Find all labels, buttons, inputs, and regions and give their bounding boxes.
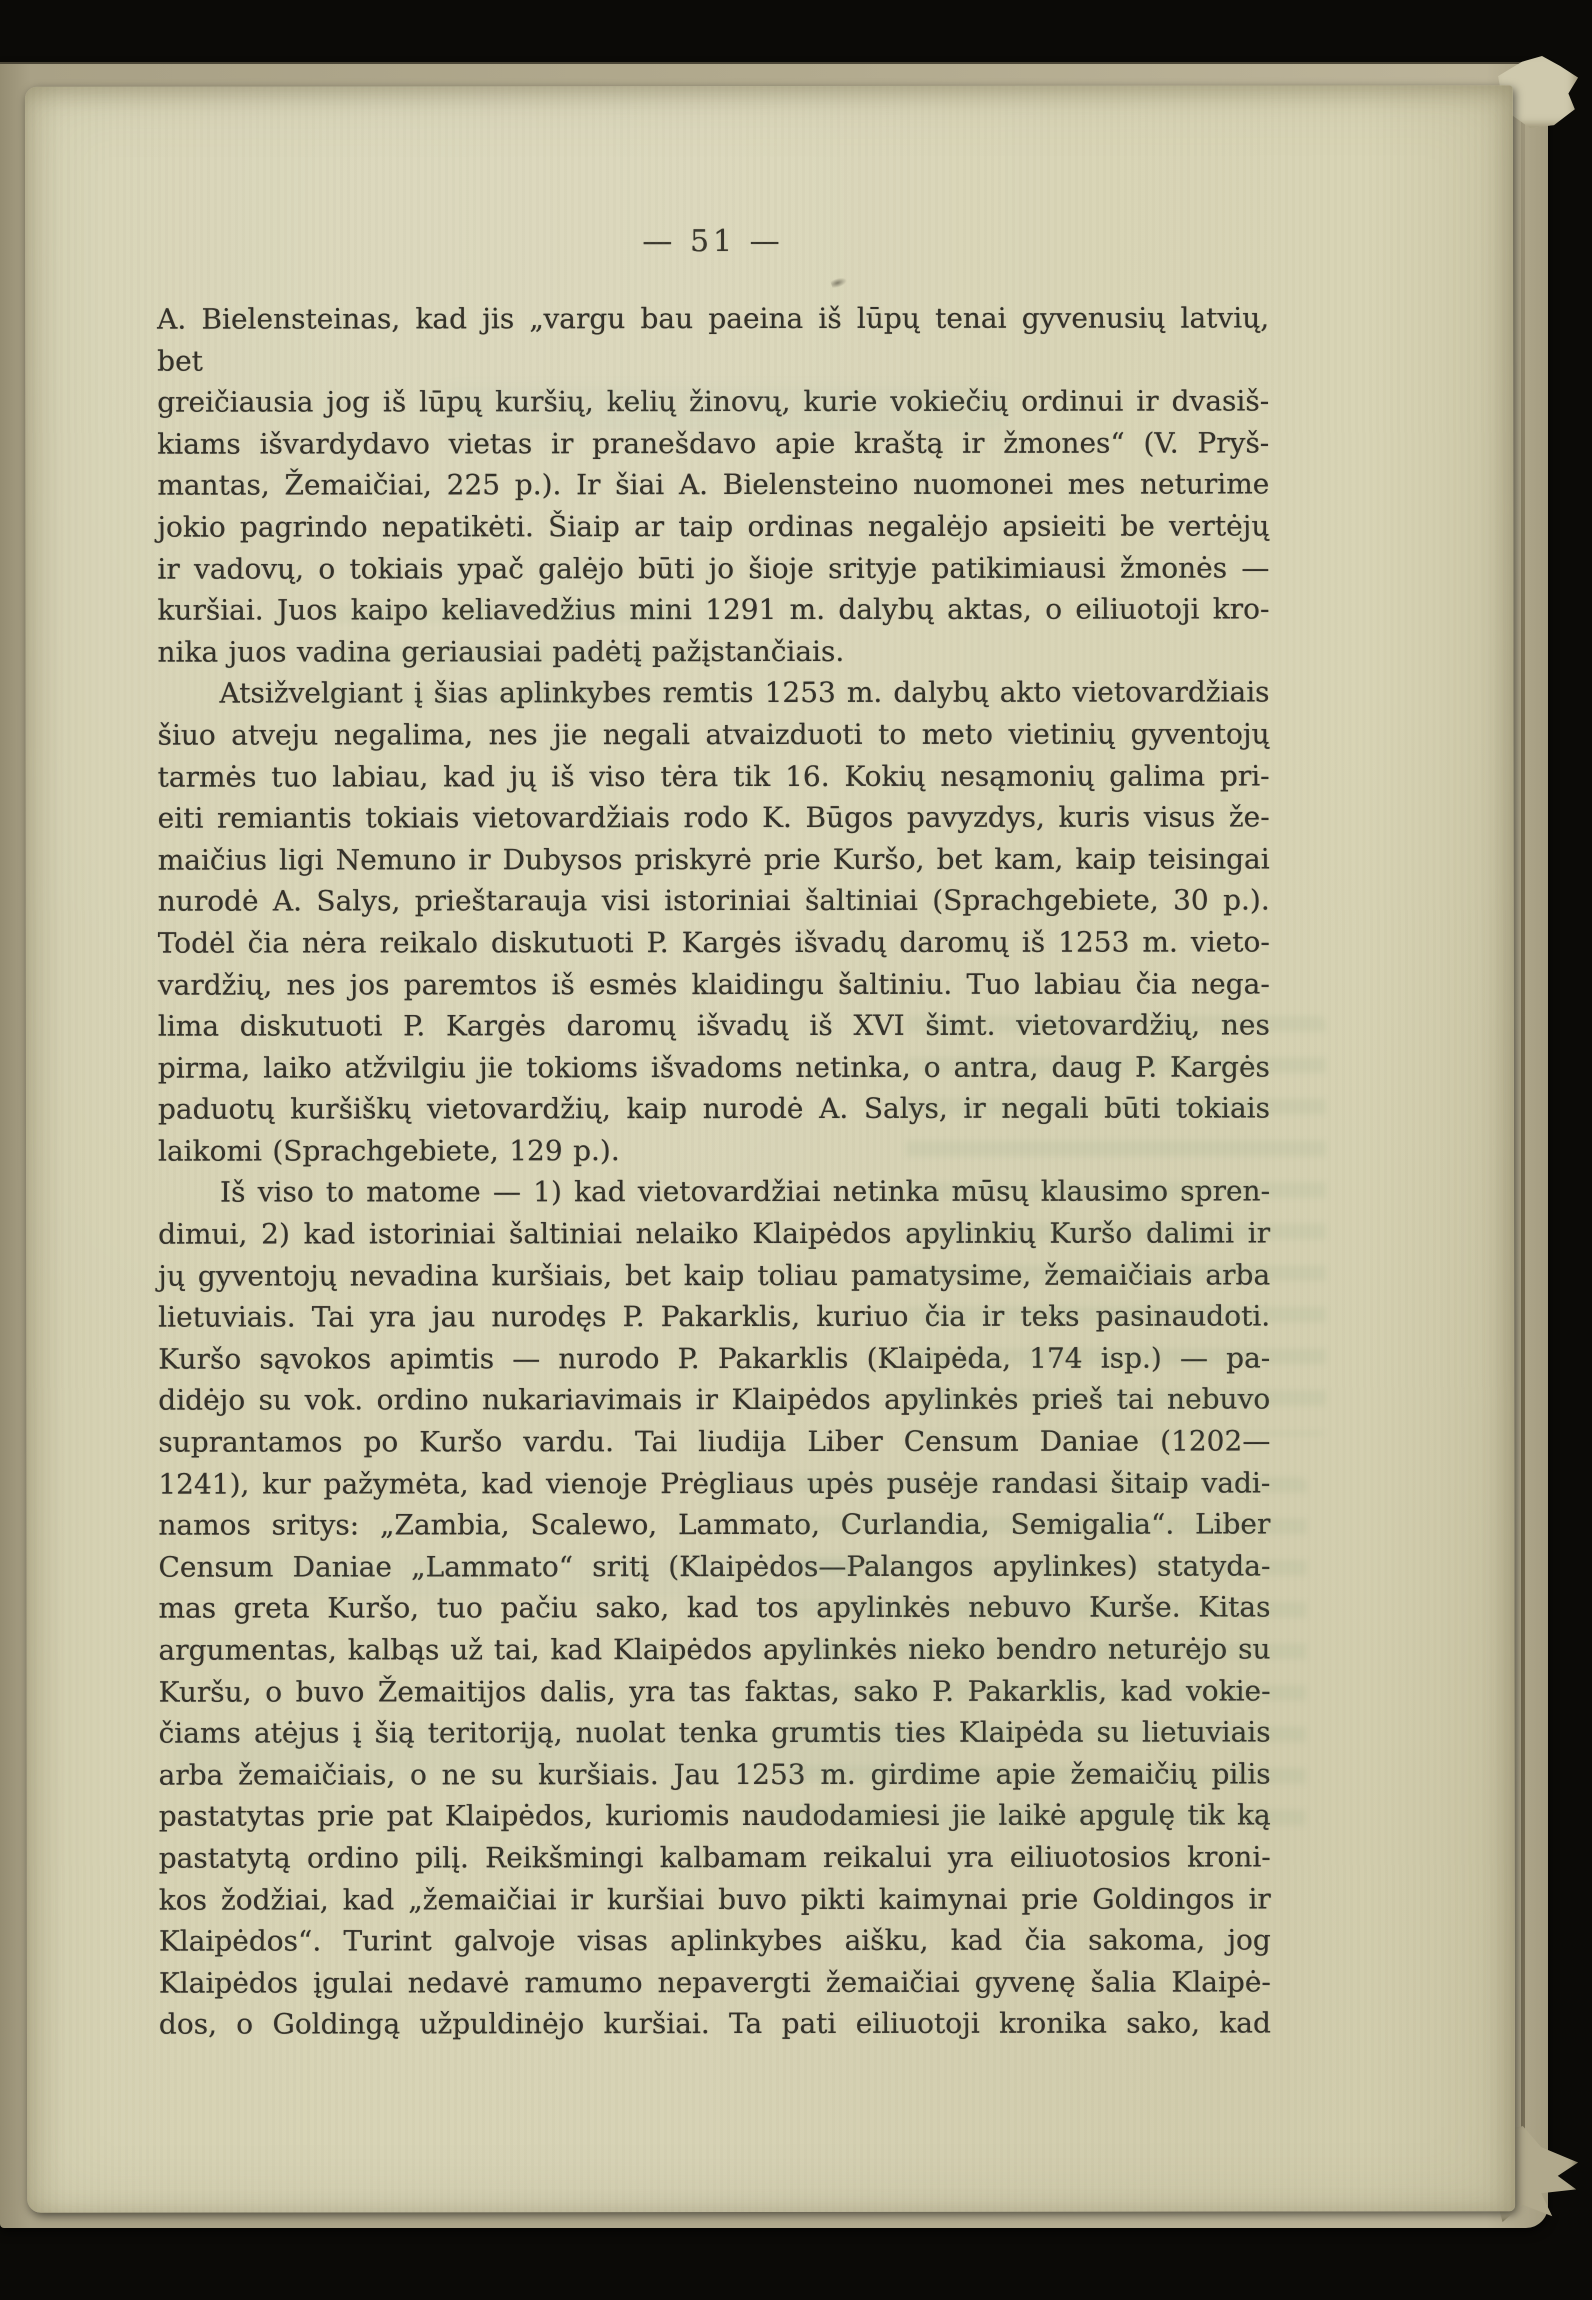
- text-line: mantas, Žemaičiai, 225 p.). Ir šiai A. B…: [157, 464, 1269, 507]
- text-line: pastatytas prie pat Klaipėdos, kuriomis …: [159, 1795, 1271, 1838]
- text-line: Klaipėdos įgulai nedavė ramumo nepavergt…: [159, 1961, 1271, 2004]
- text-line: tarmės tuo labiau, kad jų iš viso tėra t…: [158, 755, 1270, 798]
- page-block-seam: [1521, 96, 1525, 2186]
- text-line: Censum Daniae „Lammato“ sritį (Klaipėdos…: [158, 1545, 1270, 1588]
- text-line: jokio pagrindo nepatikėti. Šiaip ar taip…: [157, 505, 1269, 548]
- text-line: pirma, laiko atžvilgiu jie tokioms išvad…: [158, 1046, 1270, 1089]
- text-line: didėjo su vok. ordino nukariavimais ir K…: [158, 1379, 1270, 1422]
- text-line: Klaipėdos“. Turint galvoje visas aplinky…: [159, 1920, 1271, 1963]
- paragraph: Atsižvelgiant į šias aplinkybes remtis 1…: [158, 672, 1271, 1172]
- text-line: argumentas, kalbąs už tai, kad Klaipėdos…: [159, 1628, 1271, 1671]
- ink-smudge: [830, 276, 848, 290]
- book-page: — 51 — A. Bielensteinas, kad jis „vargu …: [25, 85, 1515, 2213]
- text-line: ir vadovų, o tokiais ypač galėjo būti jo…: [157, 547, 1269, 590]
- text-line: kuršiai. Juos kaipo keliavedžius mini 12…: [157, 589, 1269, 632]
- text-line: A. Bielensteinas, kad jis „vargu bau pae…: [157, 297, 1269, 381]
- text-line: lima diskutuoti P. Kargės daromų išvadų …: [158, 1005, 1270, 1048]
- text-line: eiti remiantis tokiais vietovardžiais ro…: [158, 797, 1270, 840]
- text-line: namos sritys: „Zambia, Scalewo, Lammato,…: [158, 1504, 1270, 1547]
- page-body-text: A. Bielensteinas, kad jis „vargu bau pae…: [157, 297, 1271, 2045]
- text-line: Kuršo sąvokos apimtis — nurodo P. Pakark…: [158, 1337, 1270, 1380]
- text-line: laikomi (Sprachgebiete, 129 p.).: [158, 1129, 1270, 1172]
- text-line: Iš viso to matome — 1) kad vietovardžiai…: [158, 1171, 1270, 1214]
- text-line: lietuviais. Tai yra jau nurodęs P. Pakar…: [158, 1296, 1270, 1339]
- text-line: paduotų kuršiškų vietovardžių, kaip nuro…: [158, 1088, 1270, 1131]
- text-line: jų gyventojų nevadina kuršiais, bet kaip…: [158, 1254, 1270, 1297]
- text-line: dos, o Goldingą užpuldinėjo kuršiai. Ta …: [159, 2003, 1271, 2046]
- book-scan: — 51 — A. Bielensteinas, kad jis „vargu …: [0, 0, 1592, 2300]
- paragraph: Iš viso to matome — 1) kad vietovardžiai…: [158, 1171, 1271, 2046]
- text-line: dimui, 2) kad istoriniai šaltiniai nelai…: [158, 1213, 1270, 1256]
- text-line: Todėl čia nėra reikalo diskutuoti P. Kar…: [158, 921, 1270, 964]
- text-line: maičius ligi Nemuno ir Dubysos priskyrė …: [158, 838, 1270, 881]
- text-line: kos žodžiai, kad „žemaičiai ir kuršiai b…: [159, 1878, 1271, 1921]
- text-line: nika juos vadina geriausiai padėtį pažįs…: [157, 630, 1269, 673]
- text-line: suprantamos po Kuršo vardu. Tai liudija …: [158, 1421, 1270, 1464]
- text-line: 1241), kur pažymėta, kad vienoje Prėglia…: [158, 1462, 1270, 1505]
- text-line: čiams atėjus į šią teritoriją, nuolat te…: [159, 1712, 1271, 1755]
- text-line: nurodė A. Salys, prieštarauja visi istor…: [158, 880, 1270, 923]
- text-line: kiams išvardydavo vietas ir pranešdavo a…: [157, 422, 1269, 465]
- text-line: mas greta Kuršo, tuo pačiu sako, kad tos…: [158, 1587, 1270, 1630]
- text-line: Atsižvelgiant į šias aplinkybes remtis 1…: [158, 672, 1270, 715]
- text-line: arba žemaičiais, o ne su kuršiais. Jau 1…: [159, 1753, 1271, 1796]
- paragraph: A. Bielensteinas, kad jis „vargu bau pae…: [157, 297, 1269, 673]
- text-line: pastatytą ordino pilį. Reikšmingi kalbam…: [159, 1836, 1271, 1879]
- text-line: šiuo atveju negalima, nes jie negali atv…: [158, 713, 1270, 756]
- text-line: greičiausia jog iš lūpų kuršių, kelių ži…: [157, 381, 1269, 424]
- page-number: — 51 —: [157, 223, 1269, 264]
- text-line: Kuršu, o buvo Žemaitijos dalis, yra tas …: [159, 1670, 1271, 1713]
- text-line: vardžių, nes jos paremtos iš esmės klaid…: [158, 963, 1270, 1006]
